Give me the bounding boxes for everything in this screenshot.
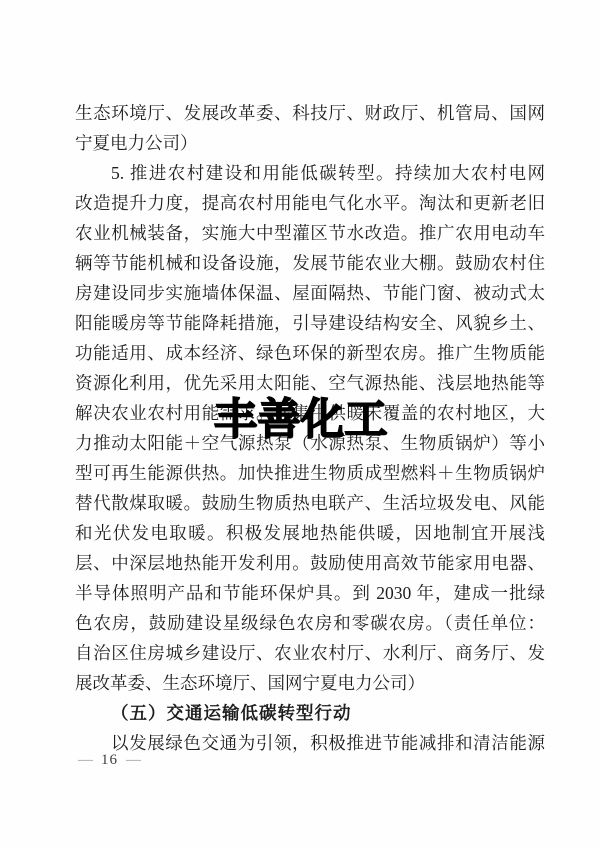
text-line: 辆等节能机械和设备设施，发展节能农业大棚。鼓励农村住 (75, 248, 545, 278)
text-line: 半导体照明产品和节能环保炉具。到 2030 年，建成一批绿 (75, 578, 545, 608)
text-line: 5. 推进农村建设和用能低碳转型。持续加大农村电网 (75, 158, 545, 188)
text-line: 房建设同步实施墙体保温、屋面隔热、节能门窗、被动式太 (75, 278, 545, 308)
page-footer: —16— (78, 752, 141, 769)
text-line: 替代散煤取暖。鼓励生物质热电联产、生活垃圾发电、风能 (75, 488, 545, 518)
text-line: 型可再生能源供热。加快推进生物质成型燃料＋生物质锅炉 (75, 458, 545, 488)
footer-dash-left: — (78, 752, 93, 768)
text-line: 展改革委、生态环境厅、国网宁夏电力公司） (75, 668, 545, 698)
text-line: 改造提升力度，提高农村用能电气化水平。淘汰和更新老旧 (75, 188, 545, 218)
text-line: 宁夏电力公司） (75, 128, 545, 158)
text-line: 功能适用、成本经济、绿色环保的新型农房。推广生物质能 (75, 338, 545, 368)
text-line: 生态环境厅、发展改革委、科技厅、财政厅、机管局、国网 (75, 98, 545, 128)
footer-dash-right: — (126, 752, 141, 768)
text-line: 农业机械装备，实施大中型灌区节水改造。推广农用电动车 (75, 218, 545, 248)
document-page: 生态环境厅、发展改革委、科技厅、财政厅、机管局、国网宁夏电力公司）5. 推进农村… (0, 0, 600, 848)
section-heading-line: （五）交通运输低碳转型行动 (75, 698, 545, 728)
text-line: 和光伏发电取暖。积极发展地热能供暖，因地制宜开展浅 (75, 518, 545, 548)
text-line: 自治区住房城乡建设厅、农业农村厅、水利厅、商务厅、发 (75, 638, 545, 668)
watermark-text: 丰善化工 (214, 399, 388, 442)
text-line: 以发展绿色交通为引领，积极推进节能减排和清洁能源 (75, 728, 545, 758)
page-number: 16 (101, 752, 118, 768)
text-line: 阳能暖房等节能降耗措施，引导建设结构安全、风貌乡土、 (75, 308, 545, 338)
text-line: 层、中深层地热能开发利用。鼓励使用高效节能家用电器、 (75, 548, 545, 578)
text-line: 资源化利用，优先采用太阳能、空气源热能、浅层地热能等 (75, 368, 545, 398)
text-line: 色农房，鼓励建设星级绿色农房和零碳农房。（责任单位： (75, 608, 545, 638)
